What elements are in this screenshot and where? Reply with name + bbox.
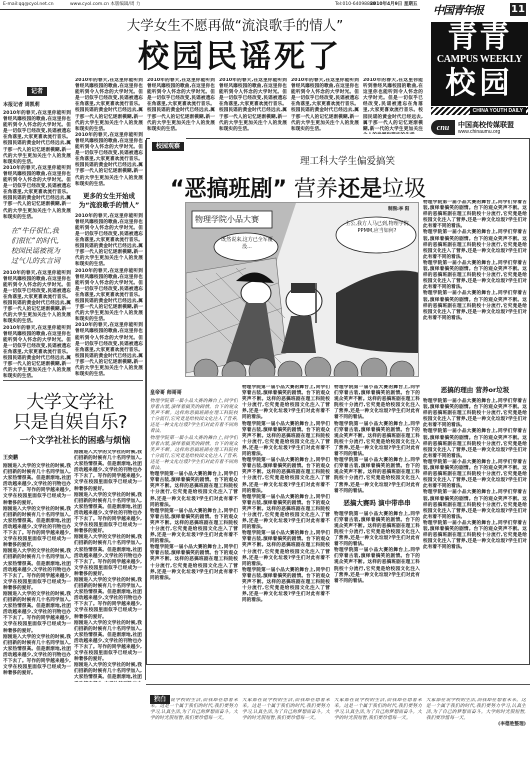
feature-body-2c: 物理学院第一届小品大赛的舞台上,同学们穿着古装,演绎着搞笑的剧情。台下的观众笑声… bbox=[242, 458, 330, 495]
feature-body-2: 物理学院第一届小品大赛的舞台上,同学们穿着古装,演绎着搞笑的剧情。台下的观众笑声… bbox=[242, 385, 330, 422]
literary-body-2f: 刚刚进入大学的文学社的时候,我们招新的时候有几十名同学加入,大家热情很高。但是渐… bbox=[74, 663, 142, 682]
feature-body-r3: 物理学院第一届小品大赛的舞台上,同学们穿着古装,演绎着搞笑的剧情。台下的观众笑声… bbox=[423, 261, 527, 291]
feature-headline-part4: 垃圾 bbox=[382, 177, 426, 202]
lead-body-2c: 2010年的春天,在这里你能听到曾经风靡校园的歌曲,在这里你也能听到令人怀念的大… bbox=[75, 214, 143, 269]
lead-body-2b: 2010年的春天,在这里你能听到曾经风靡校园的歌曲,在这里你也能听到令人怀念的大… bbox=[75, 133, 143, 188]
cartoon-illustration: 物理学院小品大赛 既然说来,这方已全军覆没... 主公,我方人马已到,物理学院P… bbox=[185, 202, 419, 377]
lead-subhead-italic: 在“牛仔很忙,我们很忙”的时代,校园民谣被视为过气儿的玄言词 bbox=[11, 226, 63, 266]
feature-body-2e: 物理学院第一届小品大赛的舞台上,同学们穿着古装,演绎着搞笑的剧情。台下的观众笑声… bbox=[242, 531, 330, 568]
lead-column-5: 2010年的春天,在这里你能听到曾经风靡校园的歌曲,在这里你也能听到令人怀念的大… bbox=[291, 78, 359, 134]
lead-column-3: 2010年的春天,在这里你能听到曾经风靡校园的歌曲,在这里你也能听到令人怀念的大… bbox=[147, 78, 215, 134]
section-title-english: CAMPUS WEEKLY bbox=[431, 54, 528, 65]
literary-body-2b: 刚刚进入大学的文学社的时候,我们招新的时候有几十名同学加入,大家热情很高。但是渐… bbox=[74, 493, 142, 536]
lead-body-3: 2010年的春天,在这里你能听到曾经风靡校园的歌曲,在这里你也能听到令人怀念的大… bbox=[147, 78, 215, 133]
feature-body-2f: 物理学院第一届小品大赛的舞台上,同学们穿着古装,演绎着搞笑的剧情。台下的观众笑声… bbox=[242, 568, 330, 605]
page-header-bar: E-mail:qq@cyol.net.cn www.cyol.com.cn 本版… bbox=[0, 0, 420, 10]
divider bbox=[3, 380, 143, 381]
feature-body-r9: 物理学院第一届小品大赛的舞台上,同学们穿着古装,演绎着搞笑的剧情。台下的观众笑声… bbox=[423, 521, 527, 551]
feature-body-r2: 物理学院第一届小品大赛的舞台上,同学们穿着古装,演绎着搞笑的剧情。台下的观众笑声… bbox=[423, 230, 527, 260]
lead-body-2d: 2010年的春天,在这里你能听到曾经风靡校园的歌曲,在这里你也能听到令人怀念的大… bbox=[75, 269, 143, 324]
literary-body-2d: 刚刚进入大学的文学社的时候,我们招新的时候有几十名同学加入,大家热情很高。但是渐… bbox=[74, 578, 142, 621]
section-title-top: 青青 bbox=[431, 22, 528, 54]
feature-column-right-2: 恶搞的理由 营养or垃圾 物理学院第一届小品大赛的舞台上,同学们穿着古装,演绎着… bbox=[423, 382, 527, 662]
feature-body-3: 物理学院第一届小品大赛的舞台上,同学们穿着古装,演绎着搞笑的剧情。台下的观众笑声… bbox=[334, 385, 420, 422]
literary-body-2c: 刚刚进入大学的文学社的时候,我们招新的时候有几十名同学加入,大家热情很高。但是渐… bbox=[74, 535, 142, 578]
lead-column-4: 2010年的春天,在这里你能听到曾经风靡校园的歌曲,在这里你也能听到令人怀念的大… bbox=[219, 78, 287, 134]
stripe-bar: CHINA YOUTH DAILY bbox=[431, 107, 528, 115]
bottom-column-4: 大家都在说学校的生活,而我却在想着未来。这是一个属于我们的时代,我们要努力学习,… bbox=[426, 698, 526, 762]
header-email: E-mail:qq@cyol.net.cn bbox=[3, 0, 54, 9]
lead-column-2: 2010年的春天,在这里你能听到曾经风靡校园的歌曲,在这里你也能听到令人怀念的大… bbox=[75, 78, 143, 378]
literary-body-2: 刚刚进入大学的文学社的时候,我们招新的时候有几十名同学加入,大家热情很高。但是渐… bbox=[74, 450, 142, 493]
feature-column-2: 物理学院第一届小品大赛的舞台上,同学们穿着古装,演绎着搞笑的剧情。台下的观众笑声… bbox=[242, 385, 330, 663]
feature-body-2b: 物理学院第一届小品大赛的舞台上,同学们穿着古装,演绎着搞笑的剧情。台下的观众笑声… bbox=[242, 422, 330, 459]
literary-body-2e: 刚刚进入大学的文学社的时候,我们招新的时候有几十名同学加入,大家热情很高。但是渐… bbox=[74, 621, 142, 664]
feature-body-r7: 物理学院第一届小品大赛的舞台上,同学们穿着古装,演绎着搞笑的剧情。台下的观众笑声… bbox=[423, 460, 527, 490]
lead-section-tag: 记者 bbox=[27, 87, 47, 96]
lead-body-2e: 2010年的春天,在这里你能听到曾经风靡校园的歌曲,在这里你也能听到令人怀念的大… bbox=[75, 323, 143, 378]
feature-body-1b: 物理学院第一届小品大赛的舞台上,同学们穿着古装,演绎着搞笑的剧情。台下的观众笑声… bbox=[150, 509, 238, 546]
cartoon-bubble-left: 既然说来,这方已全军覆没... bbox=[218, 237, 276, 251]
partner-block: cnu 中国高校传媒联盟 www.chinaumu.org bbox=[431, 120, 528, 136]
lead-subhead-2: 更多的女生开始成为“流浪歌手的情人” bbox=[75, 192, 143, 210]
bottom-body-4: 大家都在说学校的生活,而我却在想着未来。这是一个属于我们的时代,我们要努力学习,… bbox=[426, 698, 526, 722]
literary-body-1c: 刚刚进入大学的文学社的时候,我们招新的时候有几十名同学加入,大家热情很高。但是渐… bbox=[3, 549, 71, 592]
cartoon-bubble-right: 主公,我方人马已到,物理学院PPMM,应当如何? bbox=[344, 221, 410, 235]
feature-body-3e: 物理学院第一届小品大赛的舞台上,同学们穿着古装,演绎着搞笑的剧情。台下的观众笑声… bbox=[334, 548, 420, 585]
section-title-bottom: 校园 bbox=[431, 65, 528, 103]
cartoon-credit: 制图:李 阳 bbox=[388, 206, 409, 212]
bottom-body-1: 大家都在说学校的生活,而我却在想着未来。这是一个属于我们的时代,我们要努力学习,… bbox=[150, 698, 238, 722]
dialogue-body-2: 物理学院第一届小品大赛的舞台上,同学们穿着古装,演绎着搞笑的剧情。台下的观众笑声… bbox=[150, 436, 238, 473]
feature-headline-part3: 还是 bbox=[338, 177, 382, 202]
feature-column-1: 皇帝哥 师哥哥 物理学院第一届小品大赛的舞台上,同学们穿着古装,演绎着搞笑的剧情… bbox=[150, 385, 238, 663]
literary-headline-line1: 大学文学社 bbox=[5, 393, 135, 413]
page-number: 11 bbox=[510, 3, 526, 16]
bottom-body-3: 大家都在说学校的生活,而我却在想着未来。这是一个属于我们的时代,我们要努力学习,… bbox=[334, 698, 422, 722]
literary-column-2: 刚刚进入大学的文学社的时候,我们招新的时候有几十名同学加入,大家热情很高。但是渐… bbox=[74, 450, 142, 682]
feature-body-1: 物理学院第一届小品大赛的舞台上,同学们穿着古装,演绎着搞笑的剧情。台下的观众笑声… bbox=[150, 472, 238, 509]
feature-body-2d: 物理学院第一届小品大赛的舞台上,同学们穿着古装,演绎着搞笑的剧情。台下的观众笑声… bbox=[242, 495, 330, 532]
literary-headline: 大学文学社 只是自娱自乐? bbox=[5, 393, 135, 433]
feature-body-r4: 物理学院第一届小品大赛的舞台上,同学们穿着古装,演绎着搞笑的剧情。台下的观众笑声… bbox=[423, 291, 527, 321]
feature-body-r1: 物理学院第一届小品大赛的舞台上,同学们穿着古装,演绎着搞笑的剧情。台下的观众笑声… bbox=[423, 200, 527, 230]
literary-body-1: 刚刚进入大学的文学社的时候,我们招新的时候有几十名同学加入,大家热情很高。但是渐… bbox=[3, 464, 71, 507]
bottom-column-1: 大家都在说学校的生活,而我却在想着未来。这是一个属于我们的时代,我们要努力学习,… bbox=[150, 698, 238, 762]
lead-body-1b: 2010年的春天,在这里你能听到曾经风靡校园的歌曲,在这里你也能听到令人怀念的大… bbox=[3, 166, 71, 221]
literary-column-1: 王奕鹏 刚刚进入大学的文学社的时候,我们招新的时候有几十名同学加入,大家热情很高… bbox=[3, 450, 71, 682]
lead-column-6: 2010年的春天,在这里你能听到曾经风靡校园的歌曲,在这里你也能听到令人怀念的大… bbox=[363, 78, 423, 134]
bottom-credit: (李德胜整理) bbox=[426, 722, 526, 728]
cnu-logo-icon: cnu bbox=[431, 120, 455, 135]
literary-body-1e: 刚刚进入大学的文学社的时候,我们招新的时候有几十名同学加入,大家热情很高。但是渐… bbox=[3, 635, 71, 678]
feature-body-1c: 物理学院第一届小品大赛的舞台上,同学们穿着古装,演绎着搞笑的剧情。台下的观众笑声… bbox=[150, 545, 238, 582]
dialogue-heading: 皇帝哥 师哥哥 bbox=[150, 389, 238, 396]
bottom-divider bbox=[146, 684, 530, 685]
bottom-column-2: 大家都在说学校的生活,而我却在想着未来。这是一个属于我们的时代,我们要努力学习,… bbox=[242, 698, 330, 762]
feature-headline: “恶搞班剧” 营养还是垃圾 bbox=[170, 172, 500, 203]
lead-body-6: 2010年的春天,在这里你能听到曾经风靡校园的歌曲,在这里你也能听到令人怀念的大… bbox=[363, 78, 423, 134]
section-banner: 青青 CAMPUS WEEKLY 校园 bbox=[431, 22, 528, 106]
feature-headline-part1: “恶搞班剧” bbox=[170, 177, 287, 202]
bottom-column-3: 大家都在说学校的生活,而我却在想着未来。这是一个属于我们的时代,我们要努力学习,… bbox=[334, 698, 422, 762]
partner-url: www.chinaumu.org bbox=[458, 129, 500, 135]
feature-body-r6: 物理学院第一届小品大赛的舞台上,同学们穿着古装,演绎着搞笑的剧情。台下的观众笑声… bbox=[423, 429, 527, 459]
feature-body-r8: 物理学院第一届小品大赛的舞台上,同学们穿着古装,演绎着搞笑的剧情。台下的观众笑声… bbox=[423, 490, 527, 520]
literary-body-1d: 刚刚进入大学的文学社的时候,我们招新的时候有几十名同学加入,大家热情很高。但是渐… bbox=[3, 592, 71, 635]
lead-body-4: 2010年的春天,在这里你能听到曾经风靡校园的歌曲,在这里你也能听到令人怀念的大… bbox=[219, 78, 287, 133]
stripe-label: CHINA YOUTH DAILY bbox=[470, 107, 526, 115]
lead-body-2: 2010年的春天,在这里你能听到曾经风靡校园的歌曲,在这里你也能听到令人怀念的大… bbox=[75, 78, 143, 133]
feature-body-3b: 物理学院第一届小品大赛的舞台上,同学们穿着古装,演绎着搞笑的剧情。台下的观众笑声… bbox=[334, 422, 420, 459]
feature-headline-part2: 营养 bbox=[294, 177, 338, 202]
bottom-body-2: 大家都在说学校的生活,而我却在想着未来。这是一个属于我们的时代,我们要努力学习,… bbox=[242, 698, 330, 722]
cartoon-sign-text: 物理学院小品大赛 bbox=[195, 214, 259, 225]
feature-kicker: 理工科大学生偏爱搞笑 bbox=[300, 153, 440, 167]
literary-body-1b: 刚刚进入大学的文学社的时候,我们招新的时候有几十名同学加入,大家热情很高。但是渐… bbox=[3, 507, 71, 550]
dialogue-body: 物理学院第一届小品大赛的舞台上,同学们穿着古装,演绎着搞笑的剧情。台下的观众笑声… bbox=[150, 399, 238, 436]
lead-byline: 本报记者 周凯莉 bbox=[3, 101, 71, 108]
lead-headline: 校园民谣死了 bbox=[80, 31, 400, 76]
lead-body-1d: 2010年的春天,在这里你能听到曾经风靡校园的歌曲,在这里你也能听到令人怀念的大… bbox=[3, 326, 71, 378]
feature-body-r5: 物理学院第一届小品大赛的舞台上,同学们穿着古装,演绎着搞笑的剧情。台下的观众笑声… bbox=[423, 399, 527, 429]
feature-section-tag: 校园观察 bbox=[152, 142, 184, 151]
lead-body-1: 2010年的春天,在这里你能听到曾经风靡校园的歌曲,在这里你也能听到令人怀念的大… bbox=[3, 111, 71, 166]
feature-subhead-1: 恶搞大赛吗 演中带串串 bbox=[334, 499, 420, 508]
literary-headline-line2: 只是自娱自乐? bbox=[5, 413, 135, 433]
lead-column-1: 记者 本报记者 周凯莉 2010年的春天,在这里你能听到曾经风靡校园的歌曲,在这… bbox=[3, 78, 71, 378]
feature-column-3: 物理学院第一届小品大赛的舞台上,同学们穿着古装,演绎着搞笑的剧情。台下的观众笑声… bbox=[334, 385, 420, 663]
lead-body-5: 2010年的春天,在这里你能听到曾经风靡校园的歌曲,在这里你也能听到令人怀念的大… bbox=[291, 78, 359, 133]
lead-body-1c: 2010年的春天,在这里你能听到曾经风靡校园的歌曲,在这里你也能听到令人怀念的大… bbox=[3, 271, 71, 326]
literary-byline: 王奕鹏 bbox=[3, 454, 71, 461]
feature-body-3d: 物理学院第一届小品大赛的舞台上,同学们穿着古装,演绎着搞笑的剧情。台下的观众笑声… bbox=[334, 512, 420, 549]
feature-subhead-2: 恶搞的理由 营养or垃圾 bbox=[423, 386, 527, 395]
paper-logo: 中国青年报 bbox=[433, 2, 483, 18]
feature-body-3c: 物理学院第一届小品大赛的舞台上,同学们穿着古装,演绎着搞笑的剧情。台下的观众笑声… bbox=[334, 458, 420, 495]
literary-subheadline: 一个文学社社长的困惑与烦恼 bbox=[5, 434, 145, 446]
feature-column-right: 物理学院第一届小品大赛的舞台上,同学们穿着古装,演绎着搞笑的剧情。台下的观众笑声… bbox=[423, 200, 527, 380]
masthead: 中国青年报 11 青青 CAMPUS WEEKLY 校园 CHINA YOUTH… bbox=[425, 0, 530, 140]
header-website: www.cyol.com.cn 本版编辑/周 力 bbox=[70, 0, 140, 9]
header-date: 2010年4月9日 星期五 bbox=[370, 0, 417, 9]
